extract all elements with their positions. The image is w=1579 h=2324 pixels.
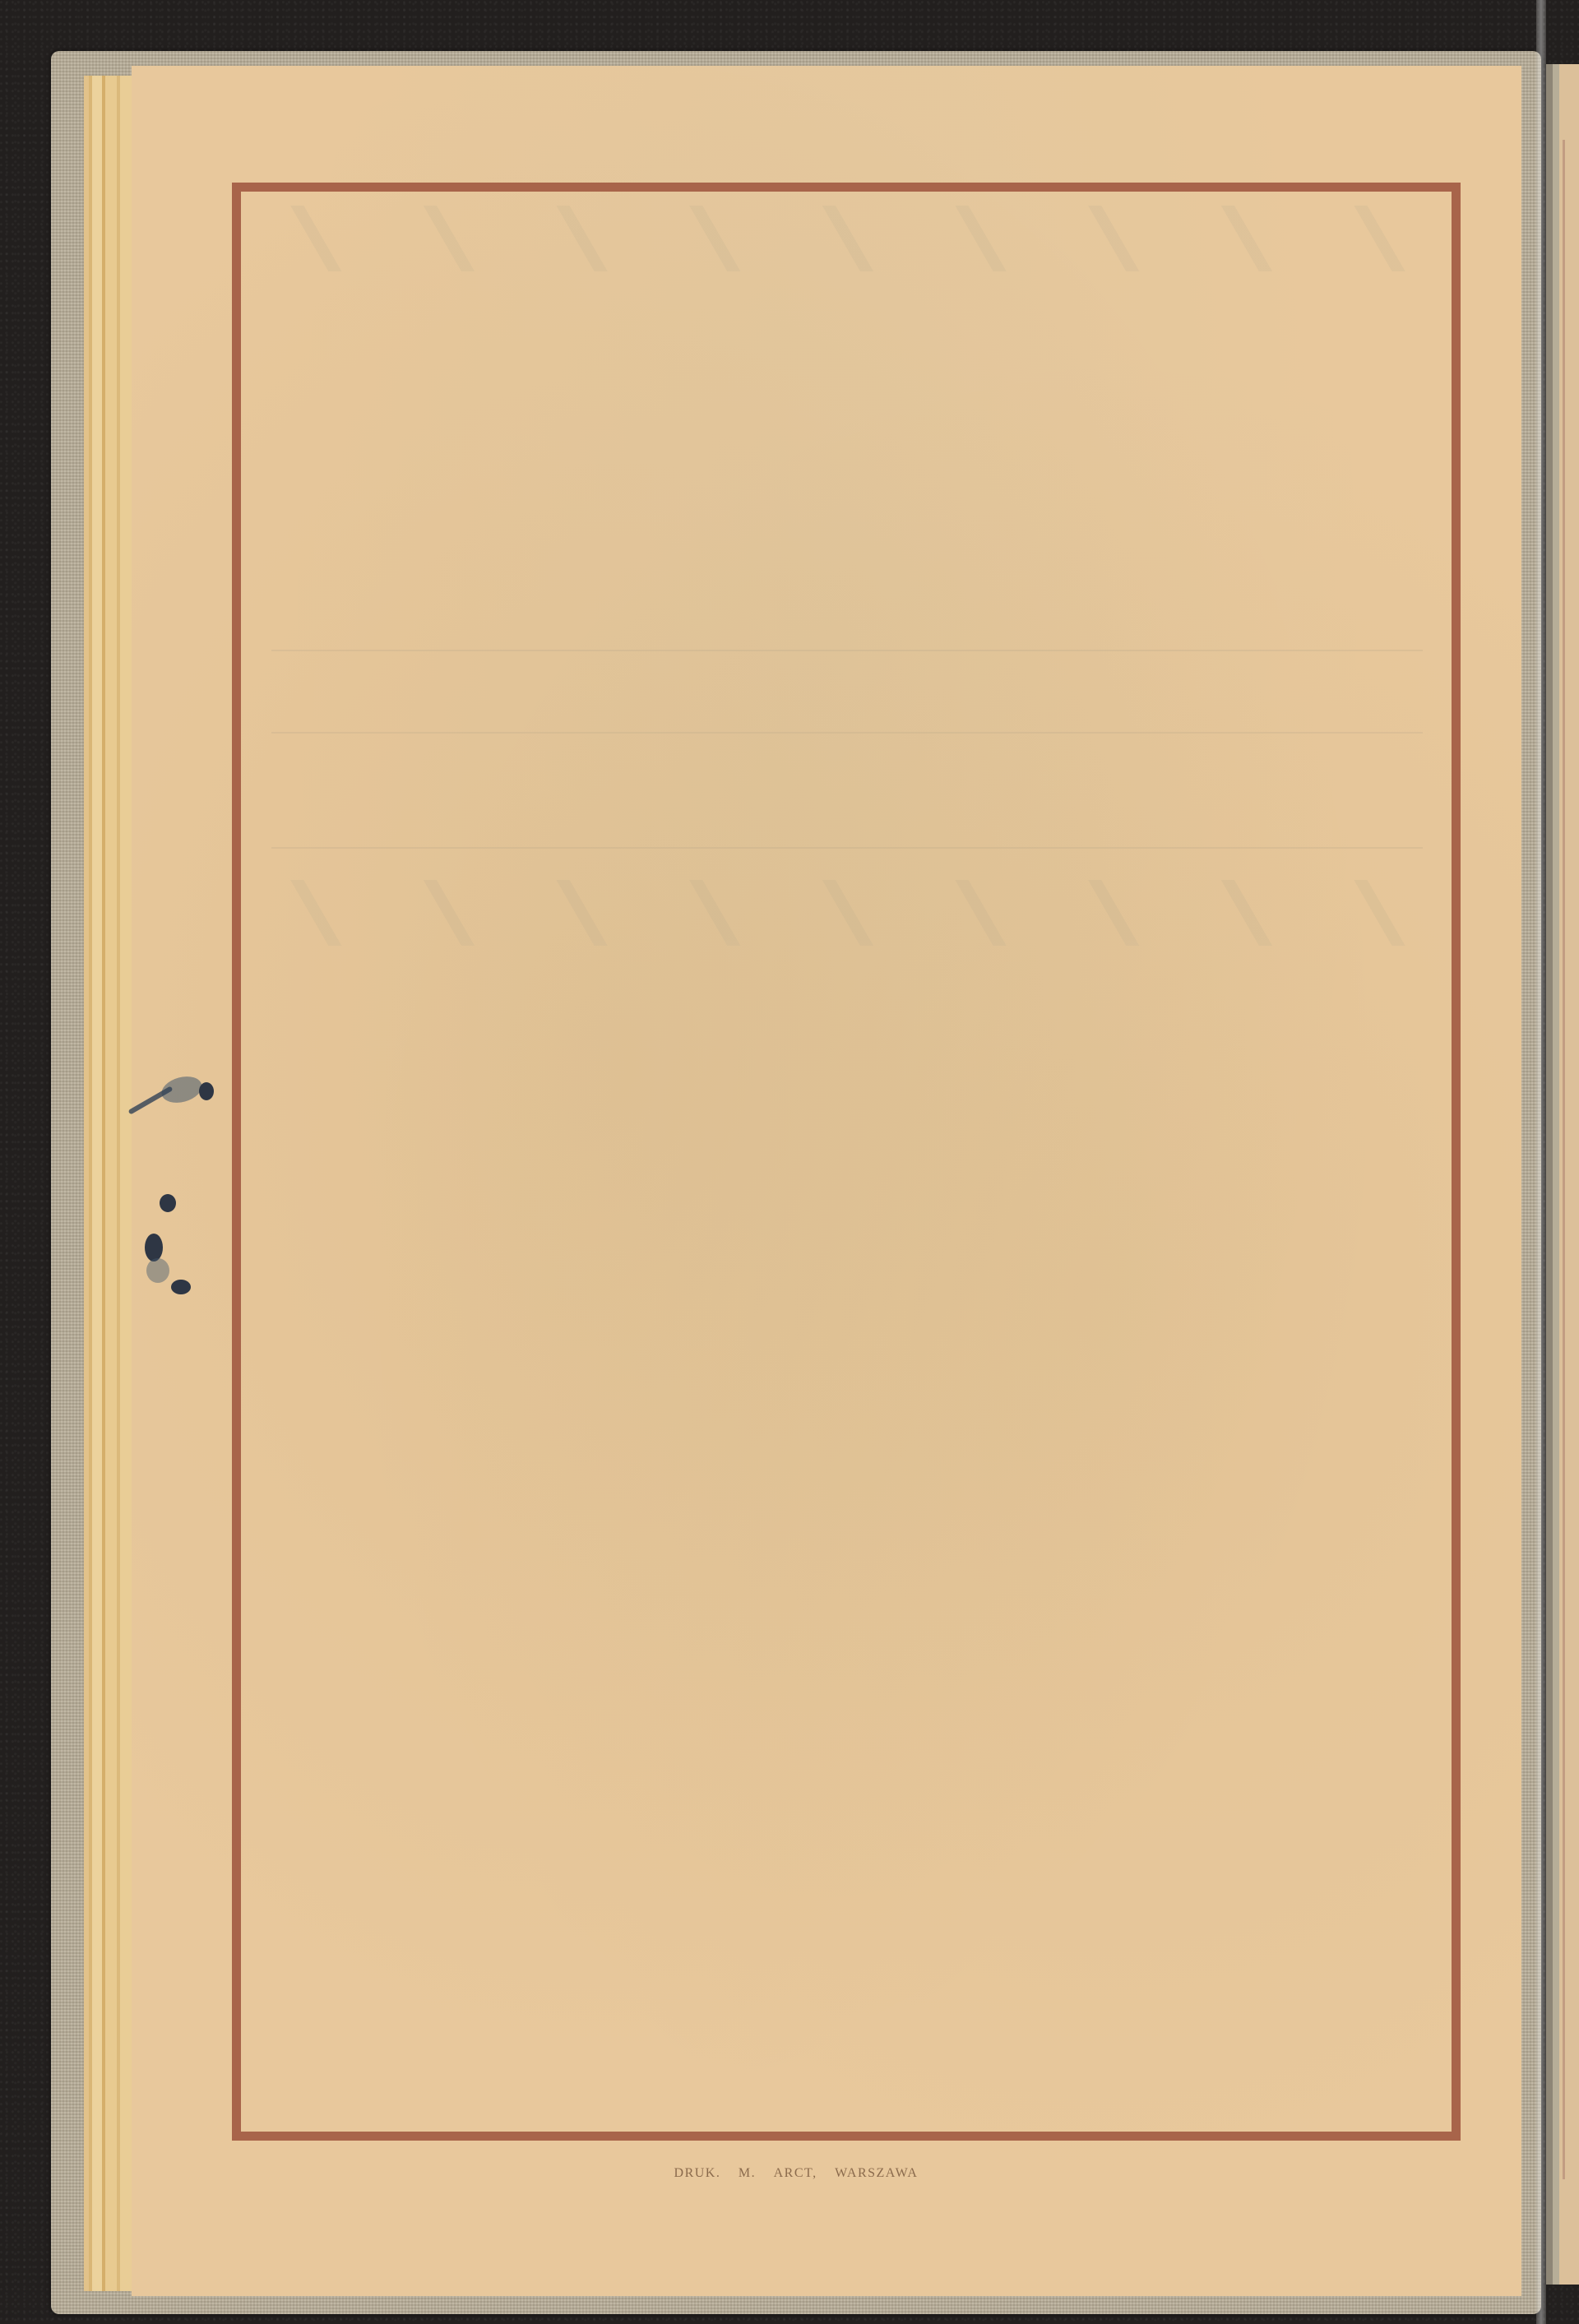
ink-stain	[146, 1258, 169, 1283]
decorative-page-frame	[232, 183, 1461, 2141]
imprint-word: M.	[739, 2166, 756, 2181]
page-edges	[84, 76, 133, 2291]
ink-stain	[199, 1082, 214, 1100]
imprint-word: DRUK.	[674, 2166, 721, 2181]
printer-imprint: DRUK. M. ARCT, WARSZAWA	[0, 2166, 1579, 2181]
imprint-word: ARCT,	[774, 2166, 817, 2181]
next-page-frame	[1563, 140, 1579, 2179]
ink-stain	[145, 1234, 163, 1262]
ink-stain	[171, 1280, 191, 1294]
ink-stain	[160, 1194, 176, 1212]
imprint-word: WARSZAWA	[835, 2166, 918, 2181]
binding-strip	[1536, 0, 1546, 2324]
